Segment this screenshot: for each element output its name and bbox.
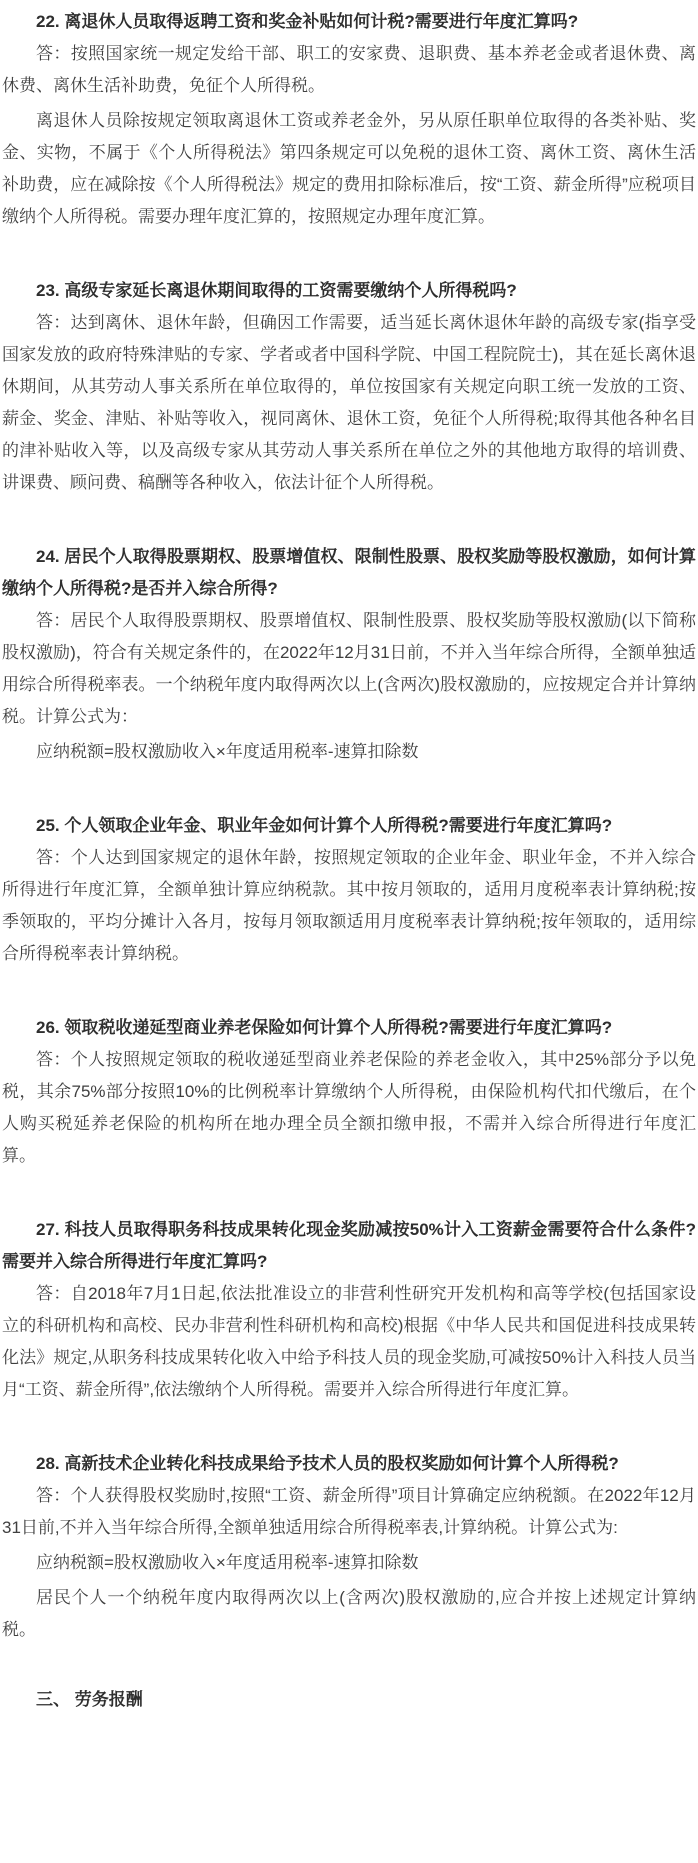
answer-27-paragraph-1: 答：自2018年7月1日起,依法批准设立的非营利性研究开发机构和高等学校(包括国… — [2, 1278, 696, 1406]
answer-28-paragraph-1: 答：个人获得股权奖励时,按照“工资、薪金所得”项目计算确定应纳税额。在2022年… — [2, 1480, 696, 1544]
section-heading-labor-remuneration: 三、 劳务报酬 — [2, 1684, 696, 1716]
qa-item-27: 27. 科技人员取得职务科技成果转化现金奖励减按50%计入工资薪金需要符合什么条… — [2, 1214, 696, 1406]
question-23-heading: 23. 高级专家延长离退休期间取得的工资需要缴纳个人所得税吗? — [2, 275, 696, 307]
answer-24-paragraph-1: 答：居民个人取得股票期权、股票增值权、限制性股票、股权奖励等股权激励(以下简称股… — [2, 605, 696, 733]
question-26-heading: 26. 领取税收递延型商业养老保险如何计算个人所得税?需要进行年度汇算吗? — [2, 1012, 696, 1044]
question-25-heading: 25. 个人领取企业年金、职业年金如何计算个人所得税?需要进行年度汇算吗? — [2, 810, 696, 842]
answer-26-paragraph-1: 答：个人按照规定领取的税收递延型商业养老保险的养老金收入，其中25%部分予以免税… — [2, 1044, 696, 1172]
question-22-heading: 22. 离退休人员取得返聘工资和奖金补贴如何计税?需要进行年度汇算吗? — [2, 6, 696, 38]
qa-item-25: 25. 个人领取企业年金、职业年金如何计算个人所得税?需要进行年度汇算吗? 答：… — [2, 810, 696, 970]
qa-item-24: 24. 居民个人取得股票期权、股票增值权、限制性股票、股权奖励等股权激励，如何计… — [2, 541, 696, 768]
qa-item-22: 22. 离退休人员取得返聘工资和奖金补贴如何计税?需要进行年度汇算吗? 答：按照… — [2, 6, 696, 233]
answer-28-formula: 应纳税额=股权激励收入×年度适用税率-速算扣除数 — [2, 1547, 696, 1579]
answer-22-paragraph-1: 答：按照国家统一规定发给干部、职工的安家费、退职费、基本养老金或者退休费、离休费… — [2, 38, 696, 102]
document-page: 22. 离退休人员取得返聘工资和奖金补贴如何计税?需要进行年度汇算吗? 答：按照… — [0, 0, 698, 1863]
qa-item-26: 26. 领取税收递延型商业养老保险如何计算个人所得税?需要进行年度汇算吗? 答：… — [2, 1012, 696, 1172]
question-27-heading: 27. 科技人员取得职务科技成果转化现金奖励减按50%计入工资薪金需要符合什么条… — [2, 1214, 696, 1278]
answer-28-paragraph-2: 居民个人一个纳税年度内取得两次以上(含两次)股权激励的,应合并按上述规定计算纳税… — [2, 1582, 696, 1646]
question-28-heading: 28. 高新技术企业转化科技成果给予技术人员的股权奖励如何计算个人所得税? — [2, 1448, 696, 1480]
qa-item-23: 23. 高级专家延长离退休期间取得的工资需要缴纳个人所得税吗? 答：达到离休、退… — [2, 275, 696, 499]
answer-23-paragraph-1: 答：达到离休、退休年龄，但确因工作需要，适当延长离休退休年龄的高级专家(指享受国… — [2, 307, 696, 499]
qa-item-28: 28. 高新技术企业转化科技成果给予技术人员的股权奖励如何计算个人所得税? 答：… — [2, 1448, 696, 1646]
question-24-heading: 24. 居民个人取得股票期权、股票增值权、限制性股票、股权奖励等股权激励，如何计… — [2, 541, 696, 605]
answer-25-paragraph-1: 答：个人达到国家规定的退休年龄，按照规定领取的企业年金、职业年金，不并入综合所得… — [2, 842, 696, 970]
answer-24-formula: 应纳税额=股权激励收入×年度适用税率-速算扣除数 — [2, 736, 696, 768]
answer-22-paragraph-2: 离退休人员除按规定领取离退休工资或养老金外，另从原任职单位取得的各类补贴、奖金、… — [2, 105, 696, 233]
